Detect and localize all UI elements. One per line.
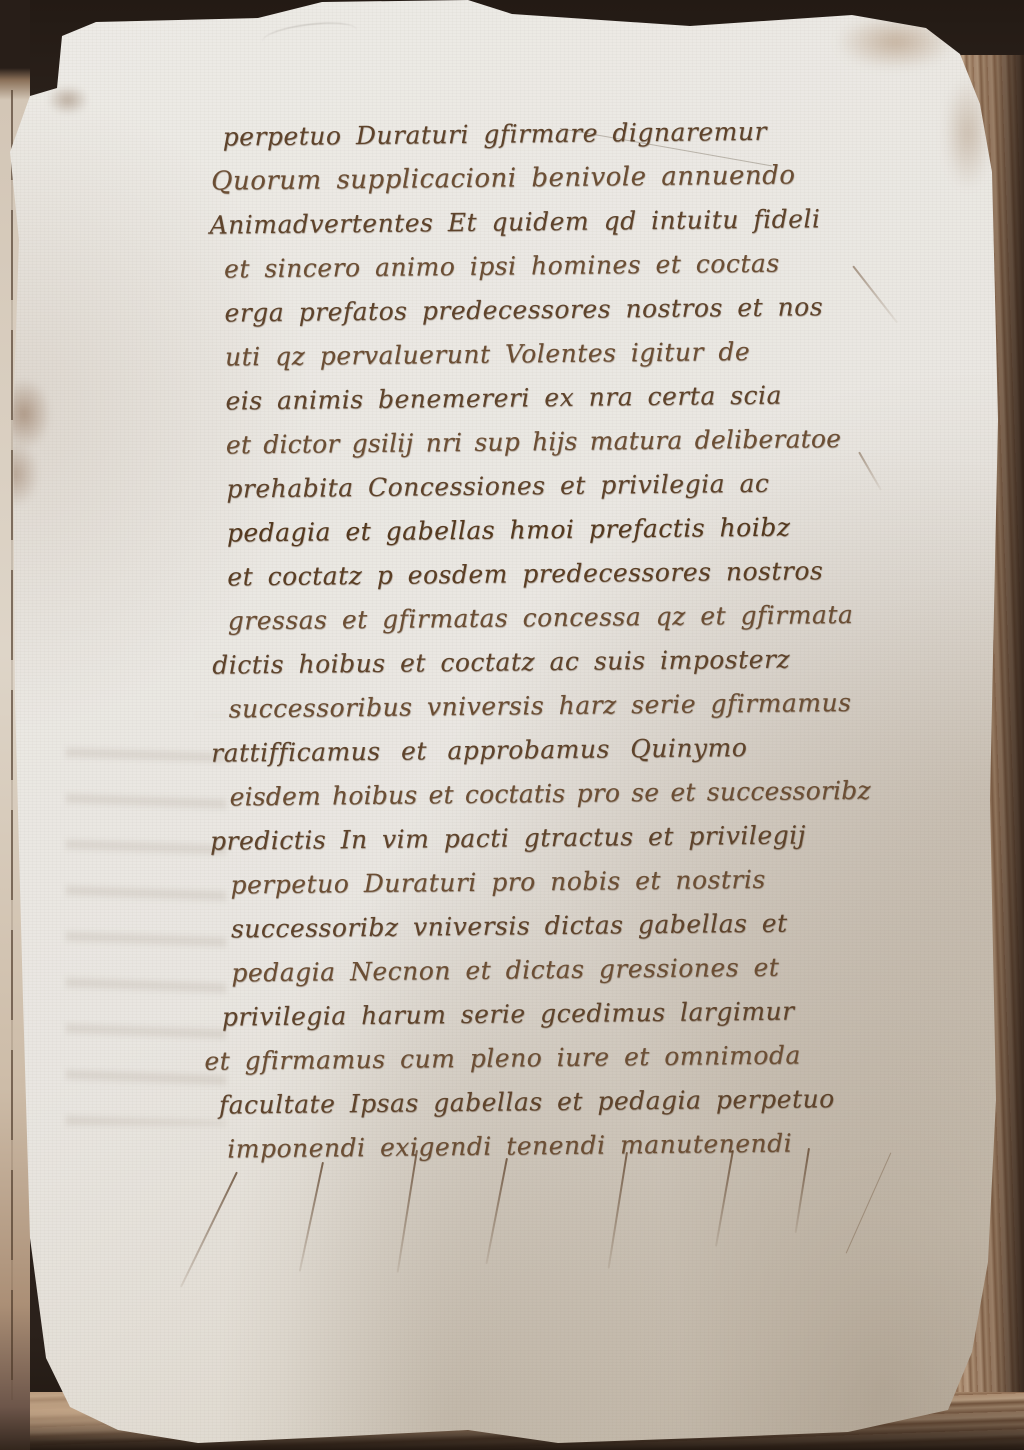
pen-flourish (180, 1172, 238, 1288)
manuscript-line: imponendi exigendi tenendi manutenendi (227, 1121, 893, 1172)
manuscript-line: uti qz pervaluerunt Volentes igitur de (225, 329, 885, 380)
sewing-fold-line (11, 90, 13, 1400)
pen-flourish (608, 1152, 628, 1269)
manuscript-line: et gfirmamus cum pleno iure et omnimoda (204, 1033, 892, 1084)
manuscript-line: erga prefatos predecessores nostros et n… (224, 285, 884, 336)
manuscript-line: pedagia et gabellas hmoi prefactis hoibz (227, 505, 887, 556)
manuscript-line: eisdem hoibus et coctatis pro se et succ… (229, 769, 889, 820)
text-block: perpetuo Duraturi gfirmare dignaremur Qu… (222, 109, 893, 1172)
manuscript-line: prehabita Concessiones et privilegia ac (226, 461, 886, 512)
manuscript-line: rattifficamus et approbamus Quinymo (211, 725, 889, 776)
manuscript-line: eis animis benemereri ex nra certa scia (225, 373, 885, 424)
manuscript-page: perpetuo Duraturi gfirmare dignaremur Qu… (0, 0, 1002, 1450)
manuscript-line: privilegia harum serie gcedimus largimur (222, 989, 892, 1040)
manuscript-line: facultate Ipsas gabellas et pedagia perp… (219, 1077, 893, 1128)
manuscript-line: Quorum supplicacioni benivole annuendo (211, 153, 883, 204)
manuscript-line: successoribus vniversis harz serie gfirm… (228, 681, 888, 732)
paper-crease (846, 1153, 892, 1254)
manuscript-line: perpetuo Duraturi pro nobis et nostris (230, 857, 890, 908)
foxing-stain (816, 6, 976, 78)
manuscript-line: et coctatz p eosdem predecessores nostro… (227, 549, 887, 600)
manuscript-line: et dictor gsilij nri sup hijs matura del… (226, 417, 886, 468)
foxing-stain (40, 80, 96, 120)
pencil-scuff (261, 18, 358, 52)
manuscript-line: pedagia Necnon et dictas gressiones et (231, 945, 891, 996)
manuscript-line: predictis In vim pacti gtractus et privi… (210, 813, 890, 864)
pen-flourish (299, 1162, 324, 1272)
pen-flourish (485, 1158, 508, 1264)
manuscript-line: Animadvertentes Et quidem qd intuitu fid… (209, 197, 883, 248)
manuscript-line: et sincero animo ipsi homines et coctas (224, 241, 884, 292)
manuscript-photo: perpetuo Duraturi gfirmare dignaremur Qu… (0, 0, 1024, 1450)
manuscript-line: perpetuo Duraturi gfirmare dignaremur (222, 109, 882, 160)
manuscript-line: dictis hoibus et coctatz ac suis imposte… (212, 637, 888, 688)
manuscript-line: successoribz vniversis dictas gabellas e… (231, 901, 891, 952)
manuscript-line: gressas et gfirmatas concessa qz et gfir… (228, 593, 888, 644)
verso-showthrough (66, 715, 226, 1125)
